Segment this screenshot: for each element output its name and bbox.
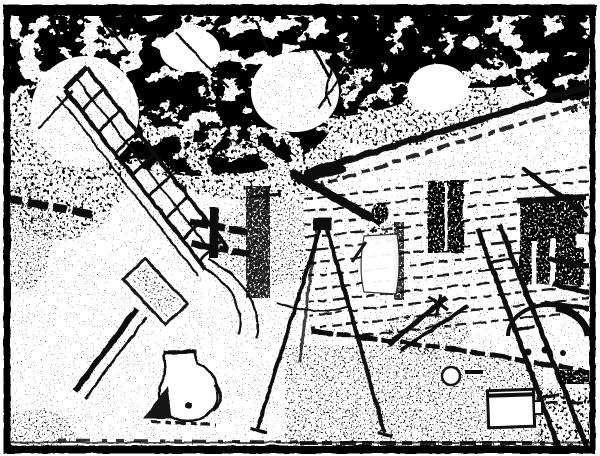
halftone-photo xyxy=(0,0,600,456)
crate xyxy=(487,389,542,428)
window-left-icon xyxy=(427,180,463,252)
photo-canvas xyxy=(0,0,600,456)
observer-head xyxy=(372,203,389,224)
